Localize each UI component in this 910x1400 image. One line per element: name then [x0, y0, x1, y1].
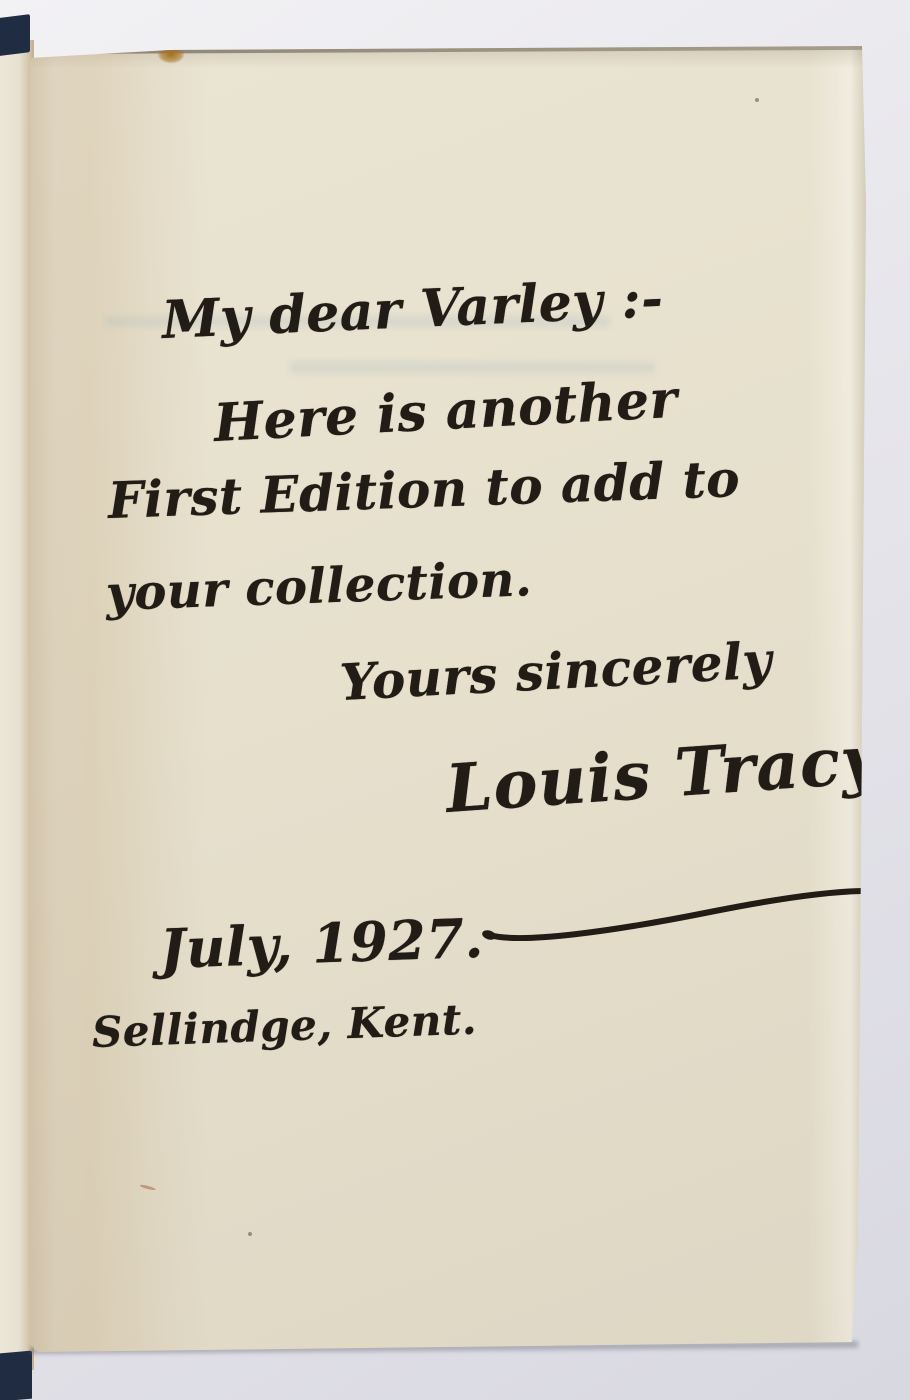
signature-underline-flourish: [460, 836, 890, 956]
inscription-salutation: My dear Varley :-: [161, 273, 664, 347]
book-cover-corner-bottom: [0, 1351, 32, 1400]
inscription-valediction: Yours sincerely: [339, 635, 773, 708]
inscription-date: July, 1927.: [159, 911, 484, 976]
signature: Louis Tracy: [444, 726, 883, 822]
print-showthrough-band: [290, 362, 655, 373]
paper-scratch: [140, 1184, 156, 1191]
photo-backdrop: My dear Varley :- Here is another First …: [0, 0, 910, 1400]
inscription-line-2: Here is another: [213, 374, 679, 450]
foxing-stain: [158, 46, 184, 63]
inscription-line-4: your collection.: [105, 555, 533, 618]
paper-speck: [755, 98, 759, 102]
book-flyleaf-page: My dear Varley :- Here is another First …: [28, 44, 868, 1356]
inscription-line-3: First Edition to add to: [107, 454, 741, 526]
book-cover-corner-top: [0, 14, 30, 56]
facing-page-fore-edge: [0, 40, 34, 1370]
paper-speck: [248, 1232, 252, 1236]
page-top-edge: [28, 45, 868, 54]
inscription-place: Sellindge, Kent.: [91, 999, 477, 1054]
